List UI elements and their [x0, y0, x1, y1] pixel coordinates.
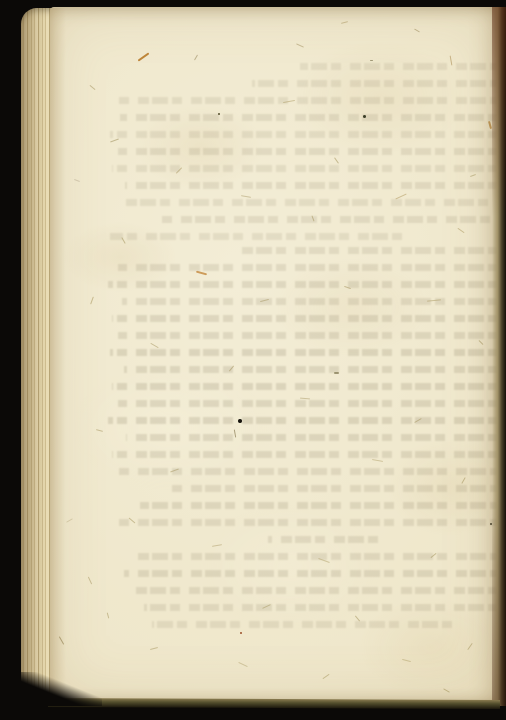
paper-fiber — [262, 604, 271, 609]
paper-fiber — [212, 544, 222, 547]
dark-speck — [238, 419, 242, 423]
paper-fiber — [355, 615, 360, 621]
dark-speck — [240, 632, 242, 634]
paper-fiber — [334, 157, 339, 163]
paper-fiber — [241, 195, 251, 198]
paper-fiber — [322, 674, 329, 679]
paper-fiber — [312, 216, 315, 222]
paper-fiber — [296, 43, 304, 47]
scanned-book-photo — [0, 0, 506, 720]
paper-fiber — [176, 167, 182, 173]
paper-fiber — [90, 297, 94, 305]
paper-fiber — [129, 518, 136, 524]
paper-fiber — [344, 286, 351, 289]
dark-speck — [218, 113, 220, 115]
paper-fiber — [430, 553, 436, 558]
paper-fiber — [283, 100, 295, 103]
paper-fiber — [107, 612, 110, 618]
paper-fiber — [450, 55, 453, 65]
dark-speck — [363, 115, 366, 118]
paper-fiber — [443, 688, 450, 692]
paper-fiber — [121, 237, 125, 244]
paper-fiber — [150, 343, 158, 348]
paper-fiber — [238, 662, 247, 667]
paper-fiber — [170, 468, 179, 472]
paper-fiber — [461, 477, 465, 484]
paper-fiber — [88, 577, 92, 585]
paper-fiber — [372, 459, 383, 462]
paper-fiber — [318, 558, 330, 563]
paper-fiber — [395, 194, 406, 200]
spine-gutter-shadow — [492, 7, 506, 706]
paper-fiber — [89, 85, 95, 90]
paper-fiber — [427, 299, 441, 301]
paper-fiber — [234, 429, 236, 437]
paper-fiber — [341, 21, 348, 24]
bottom-left-corner-shadow — [18, 672, 102, 706]
paper-fiber — [402, 659, 411, 662]
paper-fiber — [260, 299, 269, 302]
paper-fiber — [470, 174, 476, 177]
paper-fiber — [66, 518, 73, 522]
paper-fiber — [138, 52, 150, 61]
paper-fiber — [414, 418, 421, 423]
paper-fiber — [479, 340, 484, 345]
paper-fiber — [467, 643, 472, 650]
paper-fiber — [96, 429, 103, 432]
paper-fibers-and-specks — [0, 0, 506, 720]
paper-fiber — [414, 29, 420, 33]
paper-fiber — [194, 55, 198, 61]
paper-fiber — [110, 138, 119, 142]
paper-fiber — [74, 179, 80, 182]
paper-fiber — [300, 398, 310, 400]
paper-fiber — [59, 636, 64, 644]
paper-fiber — [196, 271, 207, 276]
paper-fiber — [150, 647, 158, 650]
paper-fiber — [457, 228, 464, 233]
paper-fiber — [229, 365, 234, 371]
paper-fiber — [370, 60, 373, 61]
paper-fiber — [334, 372, 339, 374]
